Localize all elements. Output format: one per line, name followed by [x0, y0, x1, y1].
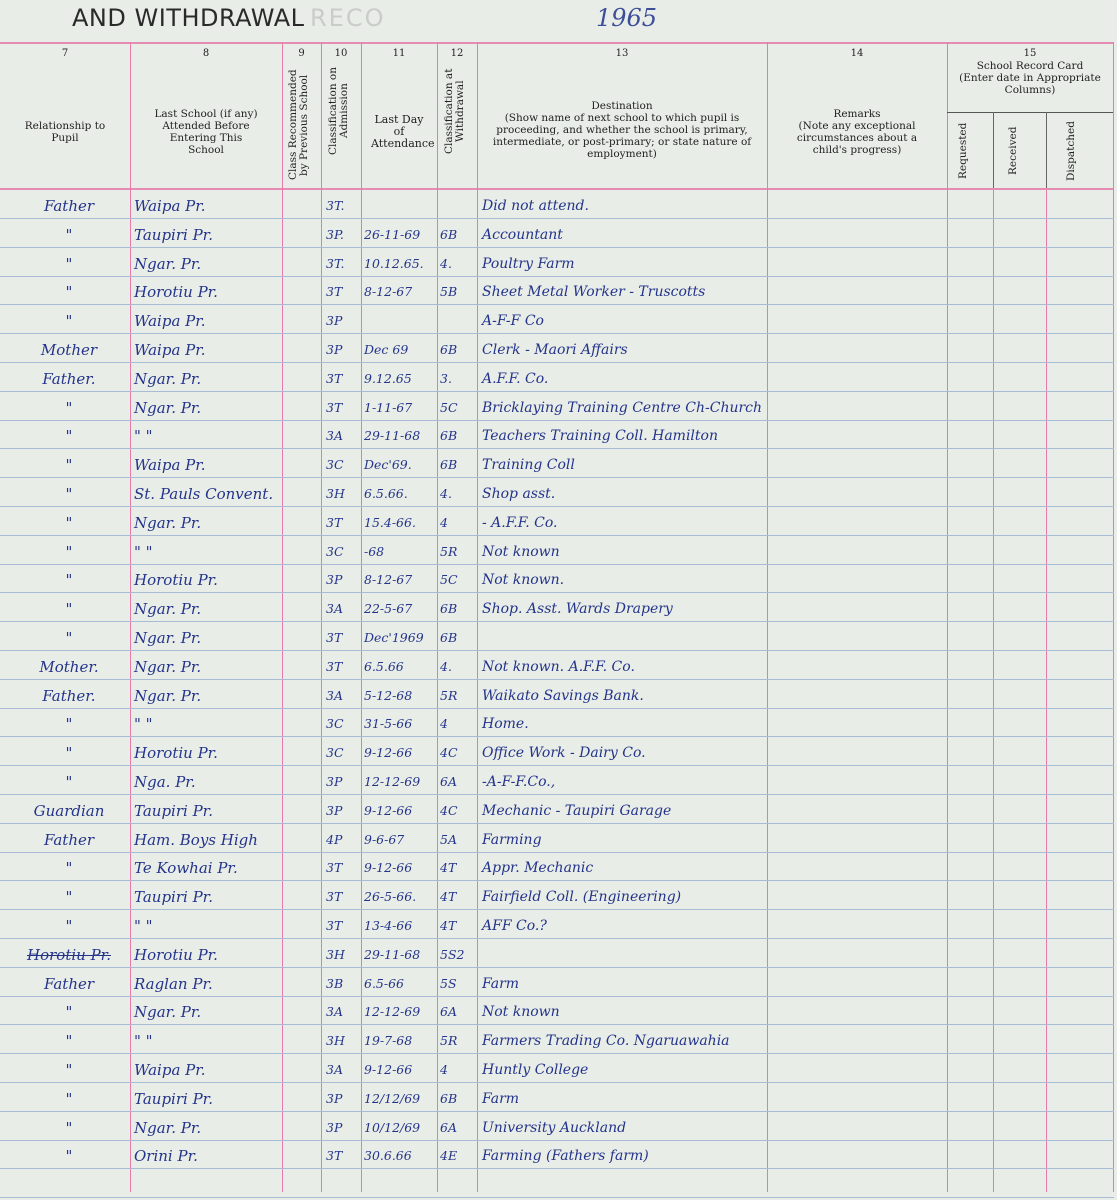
relationship-cell: " [10, 887, 128, 907]
column-number: 8 [130, 48, 282, 60]
relationship-cell: Horotiu Pr. [10, 945, 128, 965]
relationship-cell: " [10, 743, 128, 763]
table-row: "St. Pauls Convent.3H6.5.66.4.Shop asst. [0, 480, 1114, 508]
last-school-cell: " " [134, 1031, 282, 1051]
last-day-cell: 9.12.65 [364, 369, 436, 389]
class-withdrawal-cell: 5R [440, 542, 476, 562]
last-day-cell: 9-12-66 [364, 1060, 436, 1080]
class-admission-cell: 3T [326, 398, 362, 418]
class-withdrawal-cell: 5C [440, 398, 476, 418]
destination-cell: Did not attend. [482, 196, 767, 216]
subheader-received: Received [1008, 118, 1034, 184]
last-day-cell: Dec'69. [364, 455, 436, 475]
last-school-cell: Waipa Pr. [134, 1060, 282, 1080]
header-description: (Note any exceptional circumstances abou… [789, 120, 925, 156]
table-row: "Horotiu Pr.3C9-12-664COffice Work - Dai… [0, 739, 1114, 767]
subheader-divider [1046, 112, 1047, 188]
class-withdrawal-cell: 4 [440, 513, 476, 533]
table-row: "" "3A29-11-686BTeachers Training Coll. … [0, 422, 1114, 450]
last-school-cell: Ngar. Pr. [134, 628, 282, 648]
destination-cell: Appr. Mechanic [482, 858, 767, 878]
table-row: "Waipa Pr.3CDec'69.6BTraining Coll [0, 451, 1114, 479]
column-number: 12 [437, 48, 477, 60]
class-withdrawal-cell: 6B [440, 426, 476, 446]
header-label: Remarks (Note any exceptional circumstan… [767, 108, 947, 156]
last-school-cell: Ngar. Pr. [134, 686, 282, 706]
class-admission-cell: 3H [326, 484, 362, 504]
class-withdrawal-cell: 6B [440, 628, 476, 648]
last-school-cell: Waipa Pr. [134, 311, 282, 331]
table-row: "Waipa Pr.3PA-F-F Co [0, 307, 1114, 335]
class-withdrawal-cell: 5B [440, 282, 476, 302]
class-withdrawal-cell: 6B [440, 455, 476, 475]
relationship-cell: " [10, 1031, 128, 1051]
last-school-cell: Ngar. Pr. [134, 1118, 282, 1138]
last-school-cell: Horotiu Pr. [134, 282, 282, 302]
class-withdrawal-cell: 5R [440, 1031, 476, 1051]
last-school-cell: Ham. Boys High [134, 830, 282, 850]
last-day-cell: 8-12-67 [364, 282, 436, 302]
class-withdrawal-cell: 3. [440, 369, 476, 389]
destination-cell: Not known [482, 542, 767, 562]
last-day-cell: 29-11-68 [364, 426, 436, 446]
relationship-cell: " [10, 1089, 128, 1109]
relationship-cell: " [10, 628, 128, 648]
header-label: Relationship to Pupil [0, 120, 130, 144]
destination-cell: Sheet Metal Worker - Truscotts [482, 282, 767, 302]
last-school-cell: Ngar. Pr. [134, 1002, 282, 1022]
table-row: "Taupiri Pr.3P12/12/696BFarm [0, 1085, 1114, 1113]
table-row: Father.Ngar. Pr.3T9.12.653.A.F.F. Co. [0, 365, 1114, 393]
table-row: "Horotiu Pr.3P8-12-675CNot known. [0, 566, 1114, 594]
last-school-cell: Waipa Pr. [134, 196, 282, 216]
column-number: 10 [321, 48, 361, 60]
class-withdrawal-cell: 4. [440, 657, 476, 677]
class-admission-cell: 3T. [326, 254, 362, 274]
relationship-cell: Father. [10, 686, 128, 706]
class-admission-cell: 3P [326, 570, 362, 590]
destination-cell: Farm [482, 1089, 767, 1109]
last-day-cell: 8-12-67 [364, 570, 436, 590]
last-school-cell: Raglan Pr. [134, 974, 282, 994]
destination-cell: Waikato Savings Bank. [482, 686, 767, 706]
destination-cell: Office Work - Dairy Co. [482, 743, 767, 763]
column-number: 7 [0, 48, 130, 60]
header-col-9: 9 [282, 48, 321, 60]
class-withdrawal-cell: 6B [440, 340, 476, 360]
relationship-cell: " [10, 916, 128, 936]
destination-cell: Not known. [482, 570, 767, 590]
destination-cell: - A.F.F. Co. [482, 513, 767, 533]
class-admission-cell: 3H [326, 1031, 362, 1051]
last-day-cell: 9-12-66 [364, 858, 436, 878]
last-day-cell: Dec 69 [364, 340, 436, 360]
class-admission-cell: 3C [326, 743, 362, 763]
relationship-cell: " [10, 225, 128, 245]
destination-cell: Farming [482, 830, 767, 850]
column-number: 14 [767, 48, 947, 60]
class-admission-cell: 3T [326, 282, 362, 302]
relationship-cell: " [10, 455, 128, 475]
last-day-cell: -68 [364, 542, 436, 562]
class-admission-cell: 3T [326, 858, 362, 878]
class-admission-cell: 3A [326, 426, 362, 446]
destination-cell: Shop. Asst. Wards Drapery [482, 599, 767, 619]
header-label: Destination (Show name of next school to… [477, 100, 767, 160]
last-day-cell: 29-11-68 [364, 945, 436, 965]
header-col-15: 15 School Record Card (Enter date in App… [947, 48, 1113, 60]
last-school-cell: Nga. Pr. [134, 772, 282, 792]
relationship-cell: " [10, 398, 128, 418]
class-admission-cell: 3C [326, 714, 362, 734]
page-title: AND WITHDRAWAL [72, 4, 305, 32]
last-day-cell: 9-6-67 [364, 830, 436, 850]
relationship-cell: " [10, 1002, 128, 1022]
destination-cell: -A-F-F.Co., [482, 772, 767, 792]
relationship-cell: " [10, 282, 128, 302]
last-school-cell: Taupiri Pr. [134, 801, 282, 821]
class-withdrawal-cell: 4C [440, 743, 476, 763]
header-label-vertical: Classification on Admission [328, 66, 354, 156]
header-description: (Show name of next school to which pupil… [491, 112, 753, 160]
class-withdrawal-cell: 6B [440, 1089, 476, 1109]
last-school-cell: Ngar. Pr. [134, 369, 282, 389]
last-day-cell: 31-5-66 [364, 714, 436, 734]
table-row: MotherWaipa Pr.3PDec 696BClerk - Maori A… [0, 336, 1114, 364]
class-admission-cell: 3T [326, 628, 362, 648]
class-withdrawal-cell: 4 [440, 714, 476, 734]
table-row: "Te Kowhai Pr.3T9-12-664TAppr. Mechanic [0, 854, 1114, 882]
ruled-line [0, 1197, 1114, 1198]
class-admission-cell: 3P [326, 801, 362, 821]
last-school-cell: Ngar. Pr. [134, 254, 282, 274]
destination-cell: Clerk - Maori Affairs [482, 340, 767, 360]
class-withdrawal-cell: 4. [440, 484, 476, 504]
table-row: "" "3H19-7-685RFarmers Trading Co. Ngaru… [0, 1027, 1114, 1055]
table-row: FatherRaglan Pr.3B6.5-665SFarm [0, 970, 1114, 998]
table-row: "Nga. Pr.3P12-12-696A-A-F-F.Co., [0, 768, 1114, 796]
last-day-cell: 10/12/69 [364, 1118, 436, 1138]
relationship-cell: Father [10, 830, 128, 850]
destination-cell: Training Coll [482, 455, 767, 475]
header-col-10: 10 [321, 48, 361, 60]
class-withdrawal-cell: 4 [440, 1060, 476, 1080]
last-day-cell: 12/12/69 [364, 1089, 436, 1109]
class-admission-cell: 3T [326, 1146, 362, 1166]
header-description: (Enter date in Appropriate Columns) [953, 72, 1107, 96]
header-col-8: 8 Last School (if any) Attended Before E… [130, 48, 282, 60]
last-day-cell: 9-12-66 [364, 743, 436, 763]
last-school-cell: Taupiri Pr. [134, 1089, 282, 1109]
destination-cell: Home. [482, 714, 767, 734]
table-row: "" "3C-685RNot known [0, 538, 1114, 566]
header-label: Last School (if any) Attended Before Ent… [130, 108, 282, 156]
class-admission-cell: 3T [326, 369, 362, 389]
table-row: Father.Ngar. Pr.3A5-12-685RWaikato Savin… [0, 682, 1114, 710]
class-admission-cell: 3P [326, 1089, 362, 1109]
header-label-vertical: Class Recommended by Previous School [288, 66, 314, 184]
header-label: Last Day of Attendance [361, 114, 437, 150]
relationship-cell: " [10, 311, 128, 331]
header-col-12: 12 [437, 48, 477, 60]
last-school-cell: Horotiu Pr. [134, 743, 282, 763]
class-admission-cell: 3P [326, 311, 362, 331]
last-school-cell: Taupiri Pr. [134, 225, 282, 245]
class-admission-cell: 3T [326, 916, 362, 936]
table-row: "Ngar. Pr.3TDec'19696B [0, 624, 1114, 652]
relationship-cell: " [10, 513, 128, 533]
destination-cell: A.F.F. Co. [482, 369, 767, 389]
last-day-cell: 26-5-66. [364, 887, 436, 907]
class-admission-cell: 3T. [326, 196, 362, 216]
destination-cell: Fairfield Coll. (Engineering) [482, 887, 767, 907]
class-withdrawal-cell: 5A [440, 830, 476, 850]
last-day-cell: 1-11-67 [364, 398, 436, 418]
destination-cell: Not known [482, 1002, 767, 1022]
header-col-14: 14 Remarks (Note any exceptional circums… [767, 48, 947, 60]
class-withdrawal-cell: 4C [440, 801, 476, 821]
ghost-show-through-title: RECO [310, 4, 386, 32]
relationship-cell: " [10, 1146, 128, 1166]
relationship-cell: " [10, 772, 128, 792]
class-withdrawal-cell: 4T [440, 887, 476, 907]
last-school-cell: " " [134, 916, 282, 936]
last-day-cell: 22-5-67 [364, 599, 436, 619]
table-row: "Horotiu Pr.3T8-12-675BSheet Metal Worke… [0, 278, 1114, 306]
last-school-cell: " " [134, 426, 282, 446]
class-admission-cell: 3T [326, 657, 362, 677]
header-title: Destination [491, 100, 753, 112]
last-school-cell: Horotiu Pr. [134, 945, 282, 965]
last-day-cell: 19-7-68 [364, 1031, 436, 1051]
class-admission-cell: 3P [326, 340, 362, 360]
table-row: "Ngar. Pr.3A22-5-676BShop. Asst. Wards D… [0, 595, 1114, 623]
destination-cell: Farmers Trading Co. Ngaruawahia [482, 1031, 767, 1051]
destination-cell: Huntly College [482, 1060, 767, 1080]
table-row: "Ngar. Pr.3P10/12/696AUniversity Aucklan… [0, 1114, 1114, 1142]
last-day-cell: 6.5-66 [364, 974, 436, 994]
table-row: "" "3C31-5-664Home. [0, 710, 1114, 738]
header-col-13: 13 Destination (Show name of next school… [477, 48, 767, 60]
last-day-cell: 12-12-69 [364, 772, 436, 792]
relationship-cell: " [10, 714, 128, 734]
class-admission-cell: 4P [326, 830, 362, 850]
last-school-cell: " " [134, 542, 282, 562]
class-withdrawal-cell: 4. [440, 254, 476, 274]
relationship-cell: Mother. [10, 657, 128, 677]
relationship-cell: Father. [10, 369, 128, 389]
class-withdrawal-cell: 4T [440, 916, 476, 936]
last-school-cell: Waipa Pr. [134, 340, 282, 360]
last-school-cell: Taupiri Pr. [134, 887, 282, 907]
table-row: "Taupiri Pr.3T26-5-66.4TFairfield Coll. … [0, 883, 1114, 911]
relationship-cell: Guardian [10, 801, 128, 821]
table-row: "Orini Pr.3T30.6.664EFarming (Fathers fa… [0, 1142, 1114, 1170]
relationship-cell: " [10, 542, 128, 562]
last-day-cell: 10.12.65. [364, 254, 436, 274]
subheader-divider [993, 112, 994, 188]
destination-cell: Mechanic - Taupiri Garage [482, 801, 767, 821]
table-row: "Waipa Pr.3A9-12-664Huntly College [0, 1056, 1114, 1084]
last-school-cell: Horotiu Pr. [134, 570, 282, 590]
destination-cell: Teachers Training Coll. Hamilton [482, 426, 767, 446]
destination-cell: Bricklaying Training Centre Ch-Church [482, 398, 767, 418]
last-day-cell: 12-12-69 [364, 1002, 436, 1022]
destination-cell: AFF Co.? [482, 916, 767, 936]
destination-cell: Accountant [482, 225, 767, 245]
class-withdrawal-cell: 5S2 [440, 945, 476, 965]
table-row: FatherWaipa Pr.3T.Did not attend. [0, 192, 1114, 220]
class-withdrawal-cell: 5C [440, 570, 476, 590]
relationship-cell: " [10, 1118, 128, 1138]
header-label: School Record Card (Enter date in Approp… [947, 60, 1113, 96]
header-label-vertical: Classification at Withdrawal [444, 66, 470, 156]
last-day-cell: 26-11-69 [364, 225, 436, 245]
class-withdrawal-cell: 6A [440, 1118, 476, 1138]
class-admission-cell: 3P [326, 772, 362, 792]
last-day-cell: 15.4-66. [364, 513, 436, 533]
subheader-requested: Requested [958, 118, 984, 184]
last-day-cell: 6.5.66. [364, 484, 436, 504]
column-number: 15 [947, 48, 1113, 60]
subheader-dispatched: Dispatched [1066, 118, 1092, 184]
last-school-cell: Waipa Pr. [134, 455, 282, 475]
table-row: GuardianTaupiri Pr.3P9-12-664CMechanic -… [0, 797, 1114, 825]
last-day-cell: 5-12-68 [364, 686, 436, 706]
header-col-7: 7 Relationship to Pupil [0, 48, 130, 60]
header-title: Remarks [789, 108, 925, 120]
class-admission-cell: 3C [326, 455, 362, 475]
relationship-cell: " [10, 484, 128, 504]
table-row: "" "3T13-4-664TAFF Co.? [0, 912, 1114, 940]
class-admission-cell: 3A [326, 686, 362, 706]
class-withdrawal-cell: 6B [440, 599, 476, 619]
table-row: "Taupiri Pr.3P.26-11-696BAccountant [0, 221, 1114, 249]
subheader-rule [947, 112, 1113, 113]
relationship-cell: " [10, 254, 128, 274]
class-withdrawal-cell: 6A [440, 772, 476, 792]
last-day-cell: 9-12-66 [364, 801, 436, 821]
relationship-cell: Father [10, 974, 128, 994]
last-school-cell: Ngar. Pr. [134, 398, 282, 418]
last-day-cell: 30.6.66 [364, 1146, 436, 1166]
last-school-cell: St. Pauls Convent. [134, 484, 282, 504]
last-school-cell: Ngar. Pr. [134, 513, 282, 533]
column-number: 13 [477, 48, 767, 60]
class-withdrawal-cell: 4T [440, 858, 476, 878]
relationship-cell: Mother [10, 340, 128, 360]
class-withdrawal-cell: 4E [440, 1146, 476, 1166]
table-row: "Ngar. Pr.3T1-11-675CBricklaying Trainin… [0, 394, 1114, 422]
destination-cell: Farming (Fathers farm) [482, 1146, 767, 1166]
destination-cell: Poultry Farm [482, 254, 767, 274]
class-admission-cell: 3A [326, 599, 362, 619]
relationship-cell: " [10, 858, 128, 878]
class-admission-cell: 3T [326, 887, 362, 907]
class-admission-cell: 3T [326, 513, 362, 533]
column-number: 11 [361, 48, 437, 60]
table-row: Horotiu Pr.Horotiu Pr.3H29-11-685S2 [0, 941, 1114, 969]
year-annotation: 1965 [596, 4, 657, 32]
table-row: "Ngar. Pr.3T.10.12.65.4.Poultry Farm [0, 250, 1114, 278]
relationship-cell: Father [10, 196, 128, 216]
destination-cell: Shop asst. [482, 484, 767, 504]
table-row: Mother.Ngar. Pr.3T6.5.664.Not known. A.F… [0, 653, 1114, 681]
table-row: FatherHam. Boys High4P9-6-675AFarming [0, 826, 1114, 854]
class-withdrawal-cell: 5S [440, 974, 476, 994]
table-row: "Ngar. Pr.3T15.4-66.4- A.F.F. Co. [0, 509, 1114, 537]
column-number: 9 [282, 48, 321, 60]
class-withdrawal-cell: 6B [440, 225, 476, 245]
last-day-cell: 6.5.66 [364, 657, 436, 677]
class-admission-cell: 3H [326, 945, 362, 965]
last-school-cell: Ngar. Pr. [134, 599, 282, 619]
class-admission-cell: 3A [326, 1060, 362, 1080]
class-admission-cell: 3C [326, 542, 362, 562]
destination-cell: Farm [482, 974, 767, 994]
header-title: School Record Card [953, 60, 1107, 72]
destination-cell: University Auckland [482, 1118, 767, 1138]
class-admission-cell: 3A [326, 1002, 362, 1022]
relationship-cell: " [10, 570, 128, 590]
relationship-cell: " [10, 599, 128, 619]
last-day-cell: Dec'1969 [364, 628, 436, 648]
destination-cell: Not known. A.F.F. Co. [482, 657, 767, 677]
class-withdrawal-cell: 5R [440, 686, 476, 706]
class-admission-cell: 3B [326, 974, 362, 994]
class-admission-cell: 3P [326, 1118, 362, 1138]
destination-cell: A-F-F Co [482, 311, 767, 331]
class-admission-cell: 3P. [326, 225, 362, 245]
last-school-cell: Orini Pr. [134, 1146, 282, 1166]
last-school-cell: " " [134, 714, 282, 734]
relationship-cell: " [10, 1060, 128, 1080]
relationship-cell: " [10, 426, 128, 446]
last-day-cell: 13-4-66 [364, 916, 436, 936]
last-school-cell: Ngar. Pr. [134, 657, 282, 677]
table-row: "Ngar. Pr.3A12-12-696ANot known [0, 998, 1114, 1026]
header-col-11: 11 Last Day of Attendance [361, 48, 437, 60]
last-school-cell: Te Kowhai Pr. [134, 858, 282, 878]
class-withdrawal-cell: 6A [440, 1002, 476, 1022]
